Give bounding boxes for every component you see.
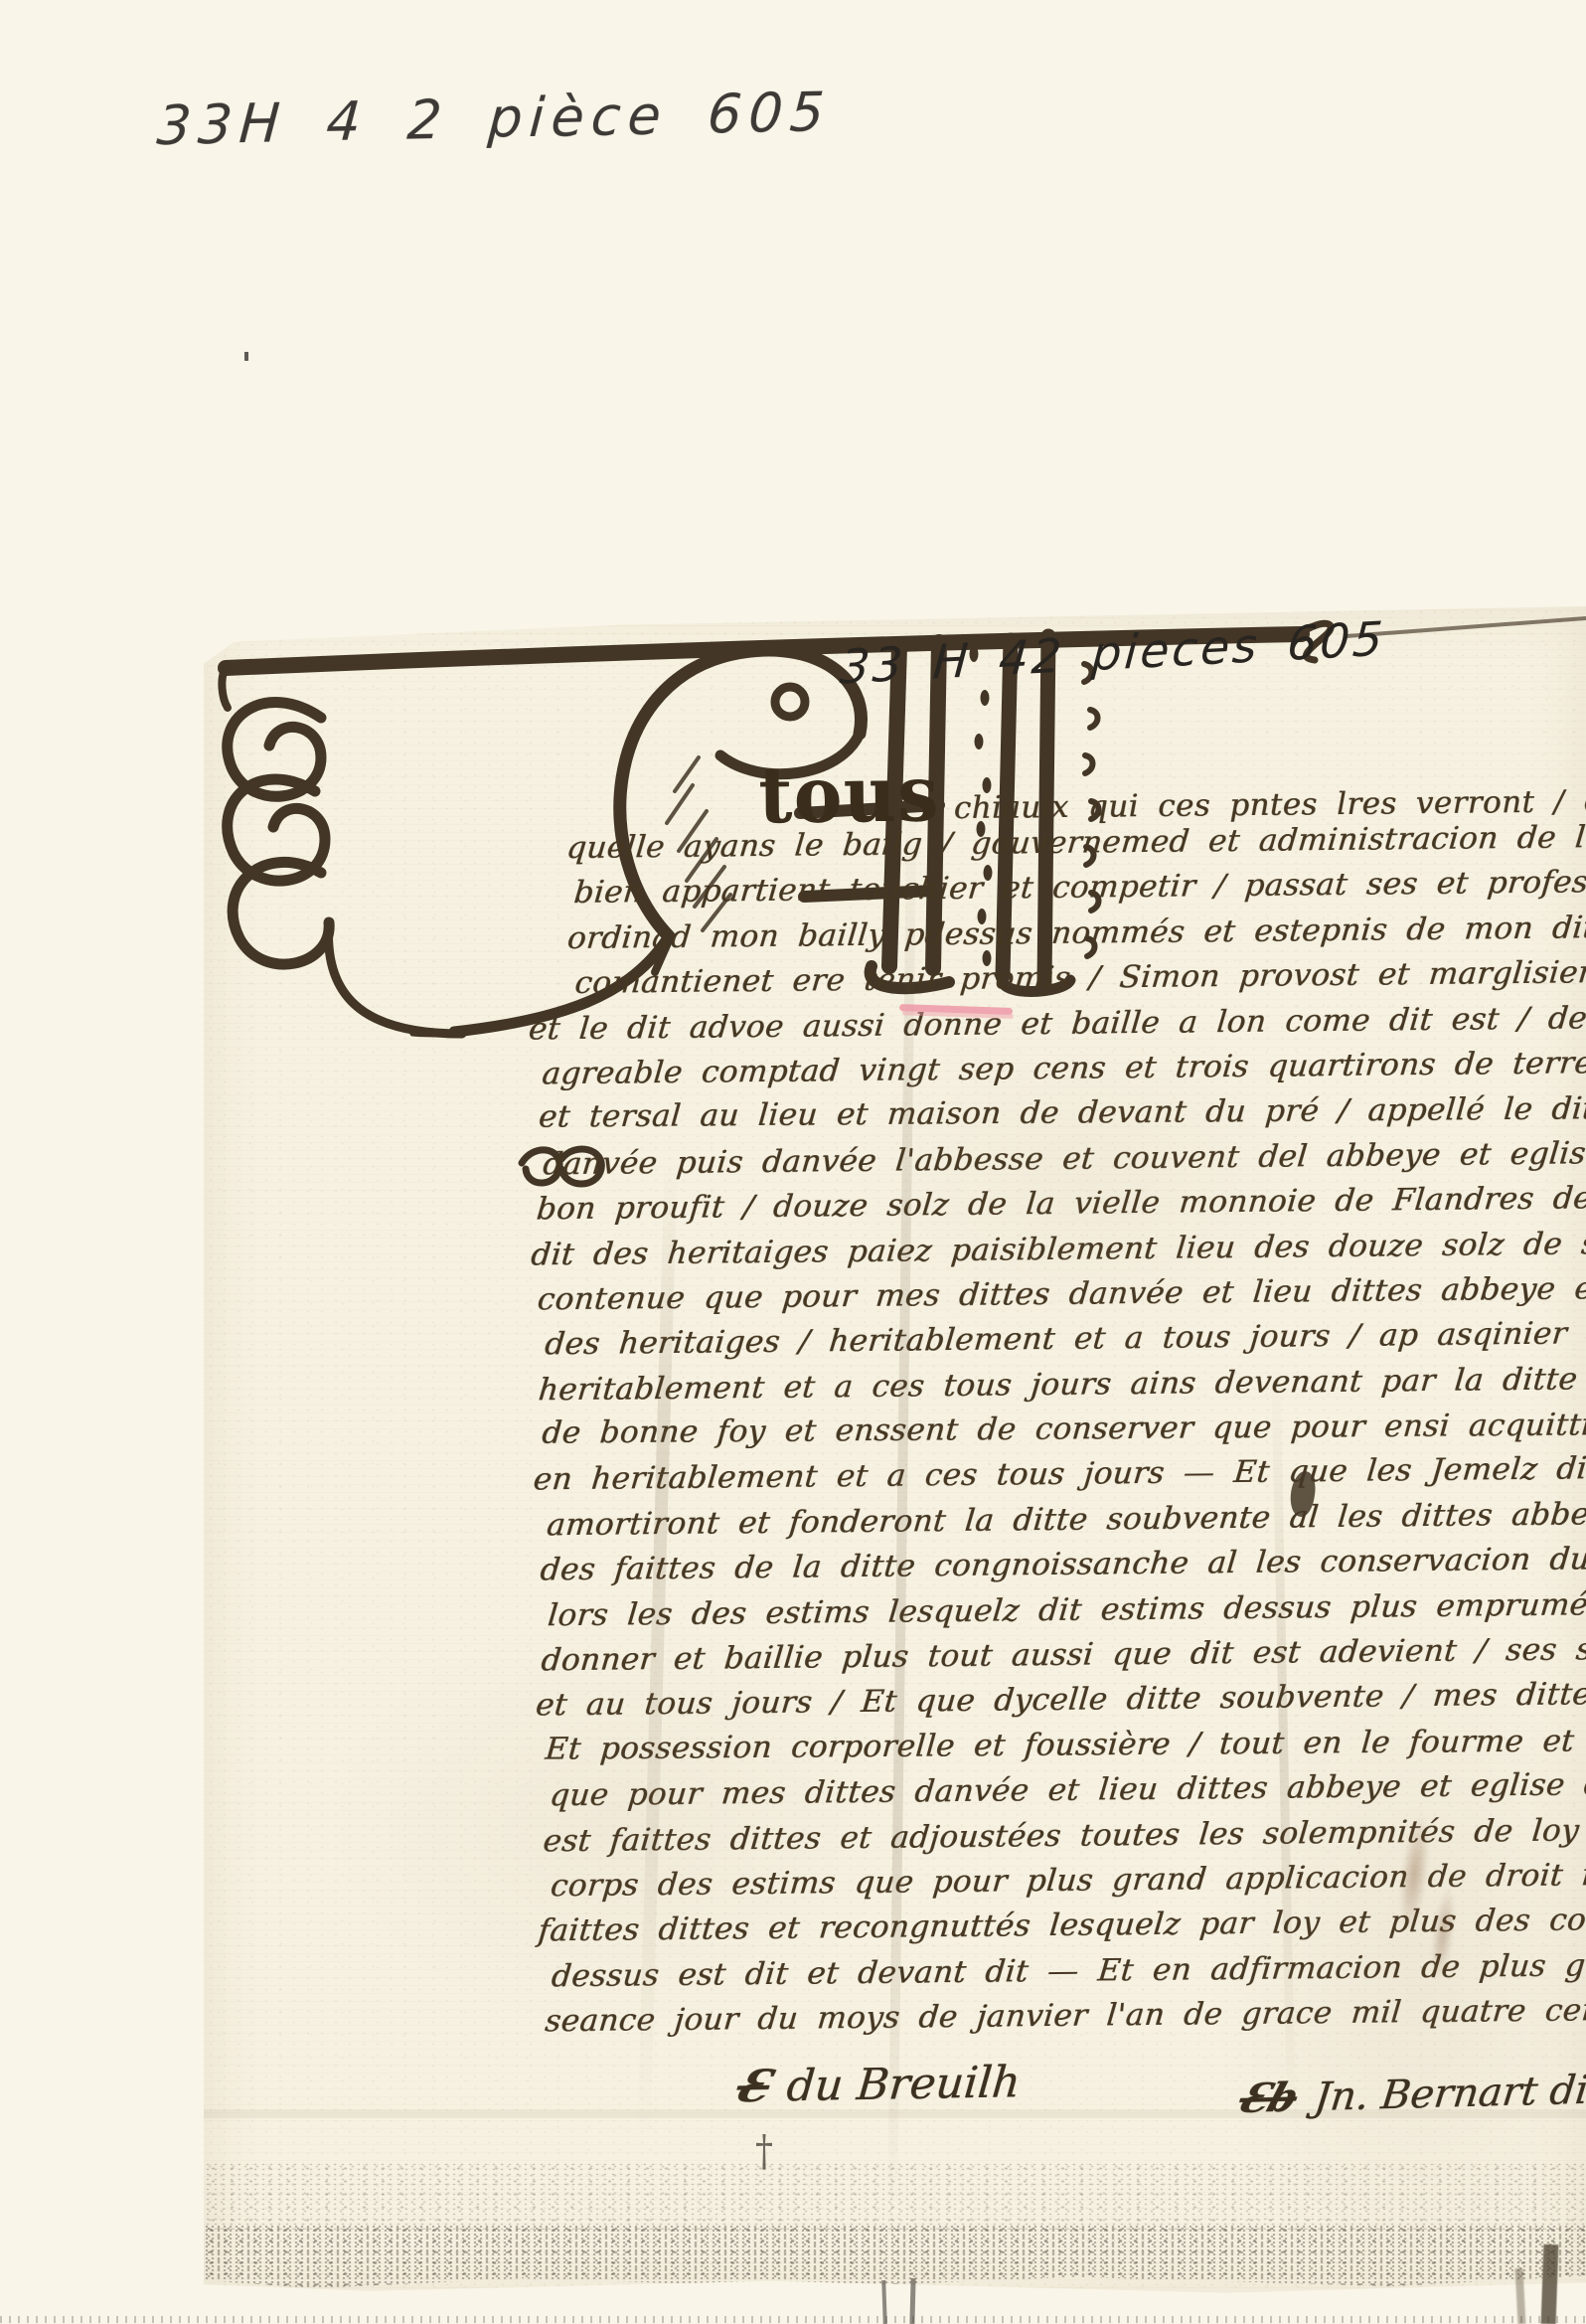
archival-reference-note: 33H 4 2 pièce 605 <box>155 81 833 157</box>
parchment-reference-note: 33 H 42 pieces 605 <box>838 611 1387 695</box>
signature-paraph: Ɛb <box>1232 2074 1304 2122</box>
signature-left: Ɛdu Breuilh <box>735 2057 1023 2112</box>
scanned-archive-page: { "page": { "background_color": "#f9f5e8… <box>0 0 1586 2324</box>
brown-stain <box>1353 1792 1495 1994</box>
scan-edge-artifact <box>0 2316 1586 2323</box>
manuscript-body: touschiaulx qui ces pntes lres verront /… <box>532 742 1586 752</box>
scan-speck <box>244 352 248 361</box>
cadel-loop-flourish <box>228 703 462 1034</box>
signature-name: Jn. Bernart disquit <box>1312 2065 1586 2120</box>
corner-streak <box>1541 2244 1559 2324</box>
parchment-bottom-texture <box>204 2162 1586 2230</box>
notary-cross-mark: † <box>755 2127 773 2176</box>
parchment: 33 H 42 pieces 605 touschiaulx qui ces p… <box>204 606 1586 2296</box>
initial-eye-dot <box>775 687 805 717</box>
parchment-bottom-texture <box>204 2225 1586 2290</box>
signature-name: du Breuilh <box>785 2057 1023 2111</box>
